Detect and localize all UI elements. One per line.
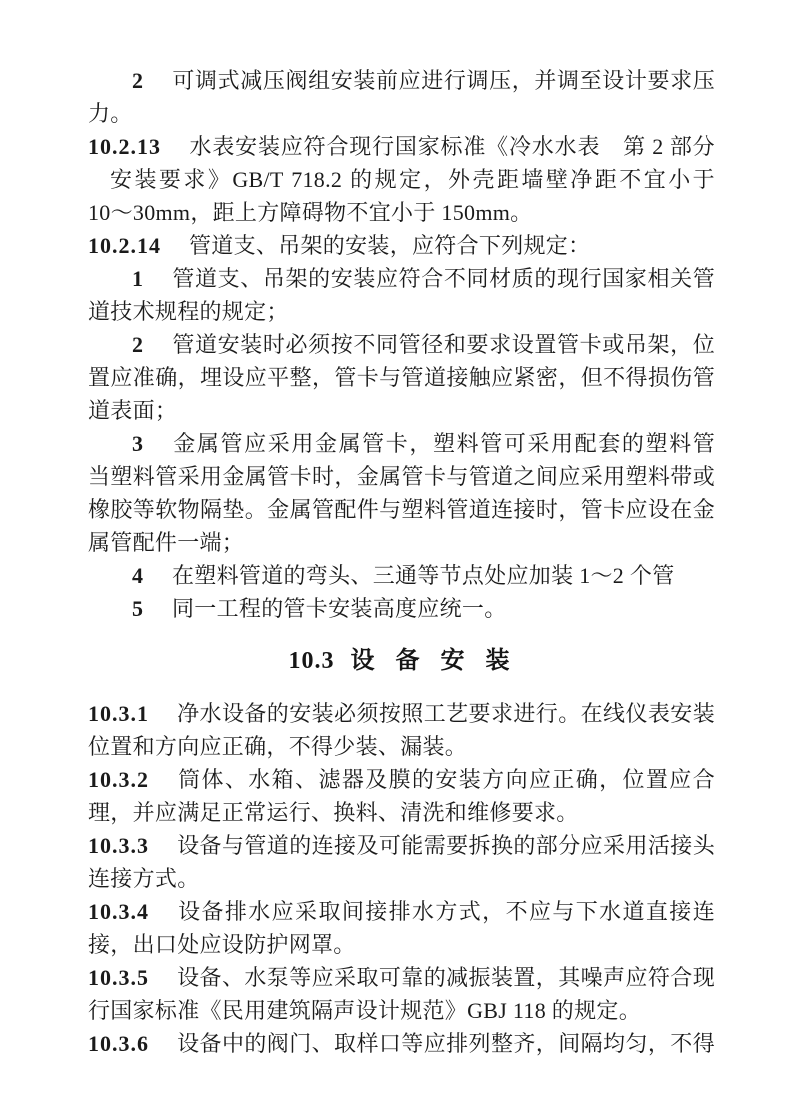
item-number: 2 bbox=[132, 68, 144, 93]
clause-block-10-2: 2可调式减压阀组安装前应进行调压，并调至设计要求压力。10.2.13水表安装应符… bbox=[88, 64, 715, 625]
item-number: 5 bbox=[132, 596, 144, 621]
text-line: 安装要求》GB/T 718.2 的规定，外壳距墙壁净距不宜小于 bbox=[88, 163, 715, 196]
text-line: 理，并应满足正常运行、换料、清洗和维修要求。 bbox=[88, 796, 715, 829]
line-text: 在塑料管道的弯头、三通等节点处应加装 1～2 个管卡； bbox=[132, 563, 675, 592]
text-line: 10～30mm，距上方障碍物不宜小于 150mm。 bbox=[88, 196, 715, 229]
section-heading-number: 10.3 bbox=[289, 648, 335, 674]
clause-number: 10.3.6 bbox=[88, 1031, 149, 1056]
text-line: 3金属管应采用金属管卡，塑料管可采用配套的塑料管卡。 bbox=[88, 427, 715, 460]
clause-number: 10.3.5 bbox=[88, 965, 149, 990]
line-text: 设备中的阀门、取样口等应排列整齐，间隔均匀，不得 bbox=[177, 1031, 715, 1056]
text-line: 接，出口处应设防护网罩。 bbox=[88, 928, 715, 961]
line-text: 道表面； bbox=[88, 398, 177, 423]
line-text: 接，出口处应设防护网罩。 bbox=[88, 932, 356, 957]
text-line: 10.3.4设备排水应采取间接排水方式，不应与下水道直接连 bbox=[88, 895, 715, 928]
text-line: 10.3.1净水设备的安装必须按照工艺要求进行。在线仪表安装 bbox=[88, 697, 715, 730]
line-text: 设备与管道的连接及可能需要拆换的部分应采用活接头 bbox=[177, 833, 715, 858]
line-text: 力。 bbox=[88, 101, 133, 126]
line-text: 理，并应满足正常运行、换料、清洗和维修要求。 bbox=[88, 800, 579, 825]
text-line: 2可调式减压阀组安装前应进行调压，并调至设计要求压 bbox=[88, 64, 715, 97]
line-text: 同一工程的管卡安装高度应统一。 bbox=[172, 596, 507, 621]
section-heading: 10.3设 备 安 装 bbox=[88, 641, 715, 681]
line-text: 安装要求》GB/T 718.2 的规定，外壳距墙壁净距不宜小于 bbox=[110, 167, 715, 192]
text-line: 道技术规程的规定； bbox=[88, 295, 715, 328]
text-line: 道表面； bbox=[88, 394, 715, 427]
text-line: 1管道支、吊架的安装应符合不同材质的现行国家相关管 bbox=[88, 262, 715, 295]
line-text: 连接方式。 bbox=[88, 866, 200, 891]
line-text: 可调式减压阀组安装前应进行调压，并调至设计要求压 bbox=[172, 68, 715, 93]
text-line: 2管道安装时必须按不同管径和要求设置管卡或吊架，位 bbox=[88, 328, 715, 361]
clause-number: 10.3.1 bbox=[88, 701, 149, 726]
line-text: 筒体、水箱、滤器及膜的安装方向应正确，位置应合 bbox=[177, 767, 715, 792]
line-text: 属管配件一端； bbox=[88, 530, 244, 555]
item-number: 4 bbox=[132, 563, 144, 588]
text-line: 属管配件一端； bbox=[88, 526, 715, 559]
clause-block-10-3: 10.3.1净水设备的安装必须按照工艺要求进行。在线仪表安装位置和方向应正确，不… bbox=[88, 697, 715, 1060]
line-text: 置应准确，埋设应平整，管卡与管道接触应紧密，但不得损伤管 bbox=[88, 365, 715, 390]
item-number: 2 bbox=[132, 332, 144, 357]
text-line: 10.2.13水表安装应符合现行国家标准《冷水水表 第 2 部分 bbox=[88, 130, 715, 163]
line-text: 水表安装应符合现行国家标准《冷水水表 第 2 部分 bbox=[189, 134, 715, 159]
clause-number: 10.2.13 bbox=[88, 134, 161, 159]
line-text: 设备、水泵等应采取可靠的减振装置，其噪声应符合现 bbox=[177, 965, 715, 990]
clause-number: 10.2.14 bbox=[88, 233, 161, 258]
text-line: 橡胶等软物隔垫。金属管配件与塑料管道连接时，管卡应设在金 bbox=[88, 493, 715, 526]
line-text: 当塑料管采用金属管卡时，金属管卡与管道之间应采用塑料带或 bbox=[88, 464, 715, 489]
clause-number: 10.3.3 bbox=[88, 833, 149, 858]
line-text: 净水设备的安装必须按照工艺要求进行。在线仪表安装 bbox=[177, 701, 715, 726]
text-line: 连接方式。 bbox=[88, 862, 715, 895]
clause-number: 10.3.4 bbox=[88, 899, 149, 924]
item-number: 3 bbox=[132, 431, 144, 456]
text-line: 力。 bbox=[88, 97, 715, 130]
line-text: 设备排水应采取间接排水方式，不应与下水道直接连 bbox=[177, 899, 715, 924]
line-text: 管道支、吊架的安装应符合不同材质的现行国家相关管 bbox=[172, 266, 715, 291]
text-line: 10.3.6设备中的阀门、取样口等应排列整齐，间隔均匀，不得 bbox=[88, 1027, 715, 1060]
line-text: 金属管应采用金属管卡，塑料管可采用配套的塑料管卡。 bbox=[132, 431, 715, 460]
line-text: 行国家标准《民用建筑隔声设计规范》GBJ 118 的规定。 bbox=[88, 998, 641, 1023]
line-text: 位置和方向应正确，不得少装、漏装。 bbox=[88, 734, 467, 759]
item-number: 1 bbox=[132, 266, 144, 291]
text-line: 行国家标准《民用建筑隔声设计规范》GBJ 118 的规定。 bbox=[88, 994, 715, 1027]
text-line: 10.2.14管道支、吊架的安装，应符合下列规定： bbox=[88, 229, 715, 262]
line-text: 10～30mm，距上方障碍物不宜小于 150mm。 bbox=[88, 200, 532, 225]
text-line: 当塑料管采用金属管卡时，金属管卡与管道之间应采用塑料带或 bbox=[88, 460, 715, 493]
text-line: 10.3.3设备与管道的连接及可能需要拆换的部分应采用活接头 bbox=[88, 829, 715, 862]
text-line: 置应准确，埋设应平整，管卡与管道接触应紧密，但不得损伤管 bbox=[88, 361, 715, 394]
text-line: 10.3.5设备、水泵等应采取可靠的减振装置，其噪声应符合现 bbox=[88, 961, 715, 994]
line-text: 橡胶等软物隔垫。金属管配件与塑料管道连接时，管卡应设在金 bbox=[88, 497, 715, 522]
document-page: 2可调式减压阀组安装前应进行调压，并调至设计要求压力。10.2.13水表安装应符… bbox=[0, 0, 800, 1120]
text-line: 5同一工程的管卡安装高度应统一。 bbox=[88, 592, 715, 625]
line-text: 管道支、吊架的安装，应符合下列规定： bbox=[189, 233, 590, 258]
text-line: 4在塑料管道的弯头、三通等节点处应加装 1～2 个管卡； bbox=[88, 559, 715, 592]
line-text: 管道安装时必须按不同管径和要求设置管卡或吊架，位 bbox=[172, 332, 715, 357]
line-text: 道技术规程的规定； bbox=[88, 299, 289, 324]
text-line: 10.3.2筒体、水箱、滤器及膜的安装方向应正确，位置应合 bbox=[88, 763, 715, 796]
clause-number: 10.3.2 bbox=[88, 767, 149, 792]
page-content: 2可调式减压阀组安装前应进行调压，并调至设计要求压力。10.2.13水表安装应符… bbox=[88, 64, 715, 1060]
section-heading-title: 设 备 安 装 bbox=[351, 648, 515, 674]
text-line: 位置和方向应正确，不得少装、漏装。 bbox=[88, 730, 715, 763]
